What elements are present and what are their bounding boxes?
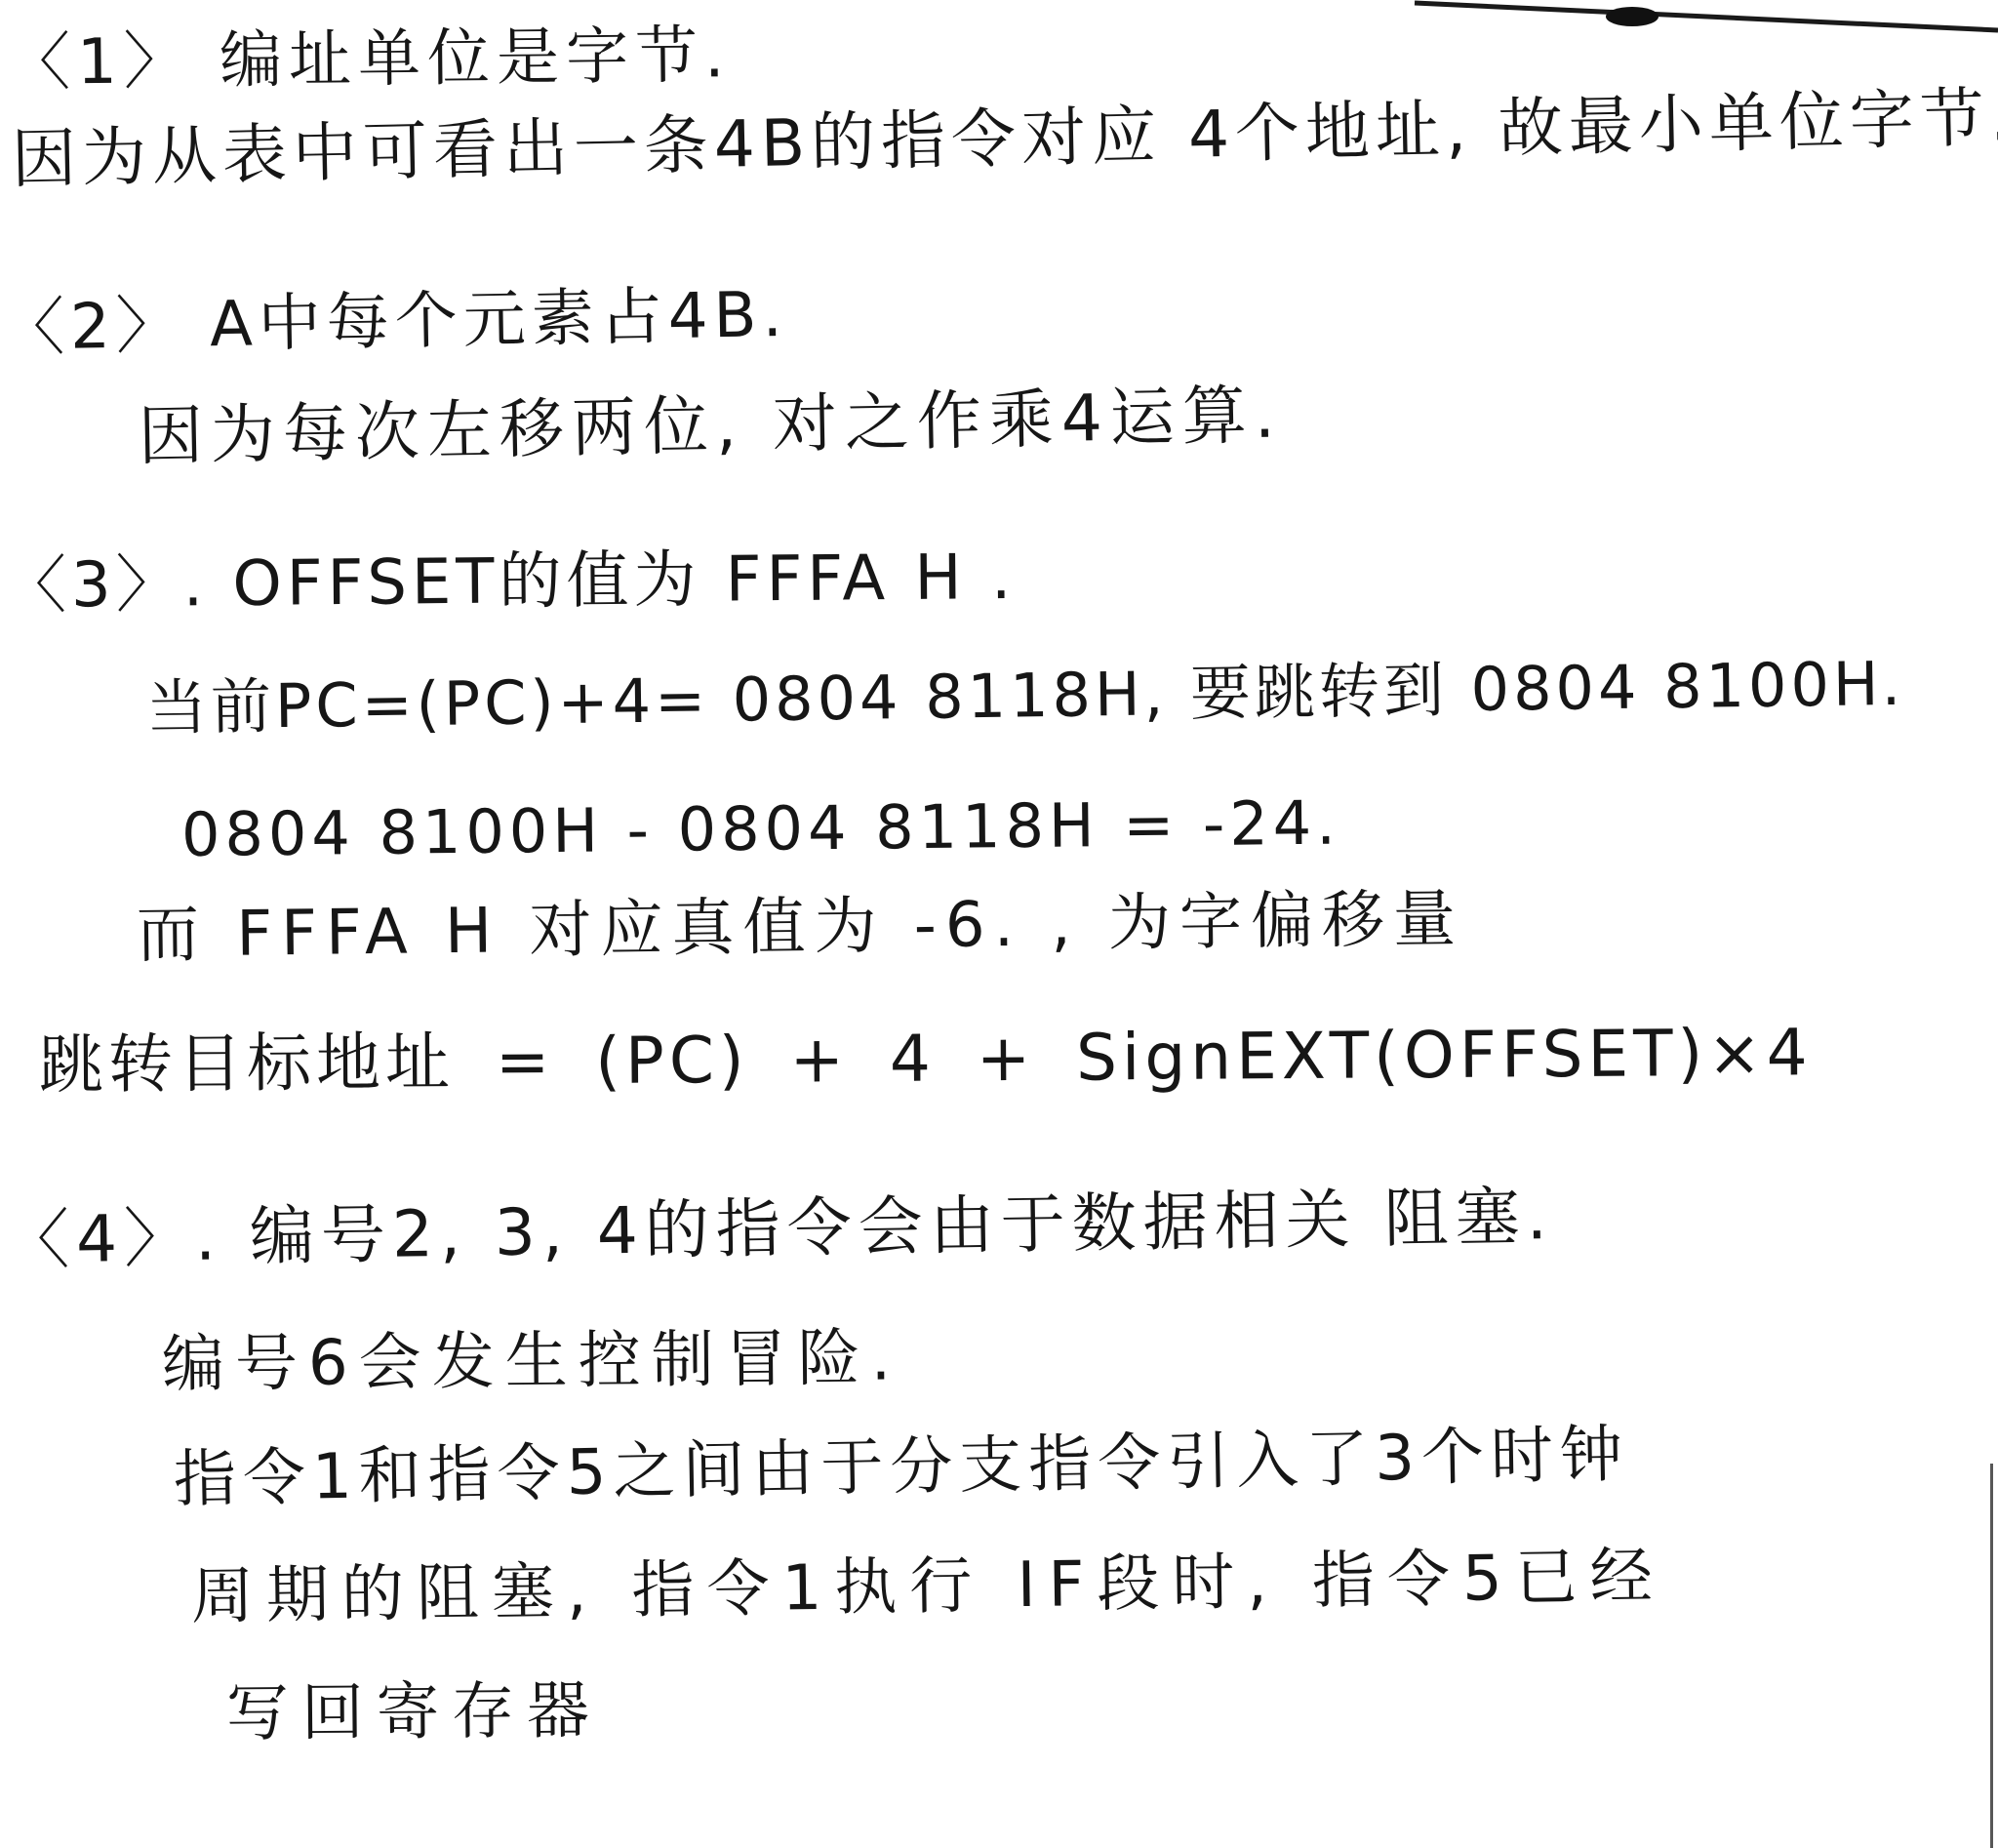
answer-4-line-5: 写回寄存器 bbox=[226, 1677, 603, 1749]
answer-2-line-1: 〈2〉 A中每个元素占4B. bbox=[1, 281, 788, 363]
answer-1-line-2: 因为从表中可看出一条4B的指令对应 4个地址, 故最小单位字节. bbox=[11, 83, 1998, 196]
answer-4-line-2: 编号6会发生控制冒险. bbox=[162, 1324, 902, 1399]
answer-4-line-3: 指令1和指令5之间由于分支指令引入了3个时钟 bbox=[173, 1421, 1629, 1514]
handwritten-note-page: 〈1〉 编址单位是字节. 因为从表中可看出一条4B的指令对应 4个地址, 故最小… bbox=[0, 0, 1998, 1848]
answer-3-line-1: 〈3〉. OFFSET的值为 FFFA H . bbox=[4, 543, 1017, 621]
answer-1-line-1: 〈1〉 编址单位是字节. bbox=[8, 21, 732, 98]
answer-4-line-4: 周期的阻塞, 指令1执行 IF段时, 指令5已经 bbox=[191, 1543, 1666, 1631]
scan-edge-artifact-top-right bbox=[1413, 0, 1998, 43]
answer-3-line-4: 而 FFFA H 对应真值为 -6. , 为字偏移量 bbox=[137, 885, 1465, 970]
answer-3-line-3: 0804 8100H - 0804 8118H = -24. bbox=[181, 790, 1341, 869]
answer-2-line-2: 因为每次左移两位, 对之作乘4运算. bbox=[138, 380, 1283, 472]
answer-4-line-1: 〈4〉. 编号2, 3, 4的指令会由于数据相关 阻塞. bbox=[4, 1182, 1554, 1277]
scan-edge-artifact-right bbox=[1990, 1464, 1993, 1848]
answer-3-line-2: 当前PC=(PC)+4= 0804 8118H, 要跳转到 0804 8100H… bbox=[146, 651, 1905, 742]
answer-3-line-5: 跳转目标地址 = (PC) + 4 + SignEXT(OFFSET)×4 bbox=[39, 1018, 1813, 1101]
